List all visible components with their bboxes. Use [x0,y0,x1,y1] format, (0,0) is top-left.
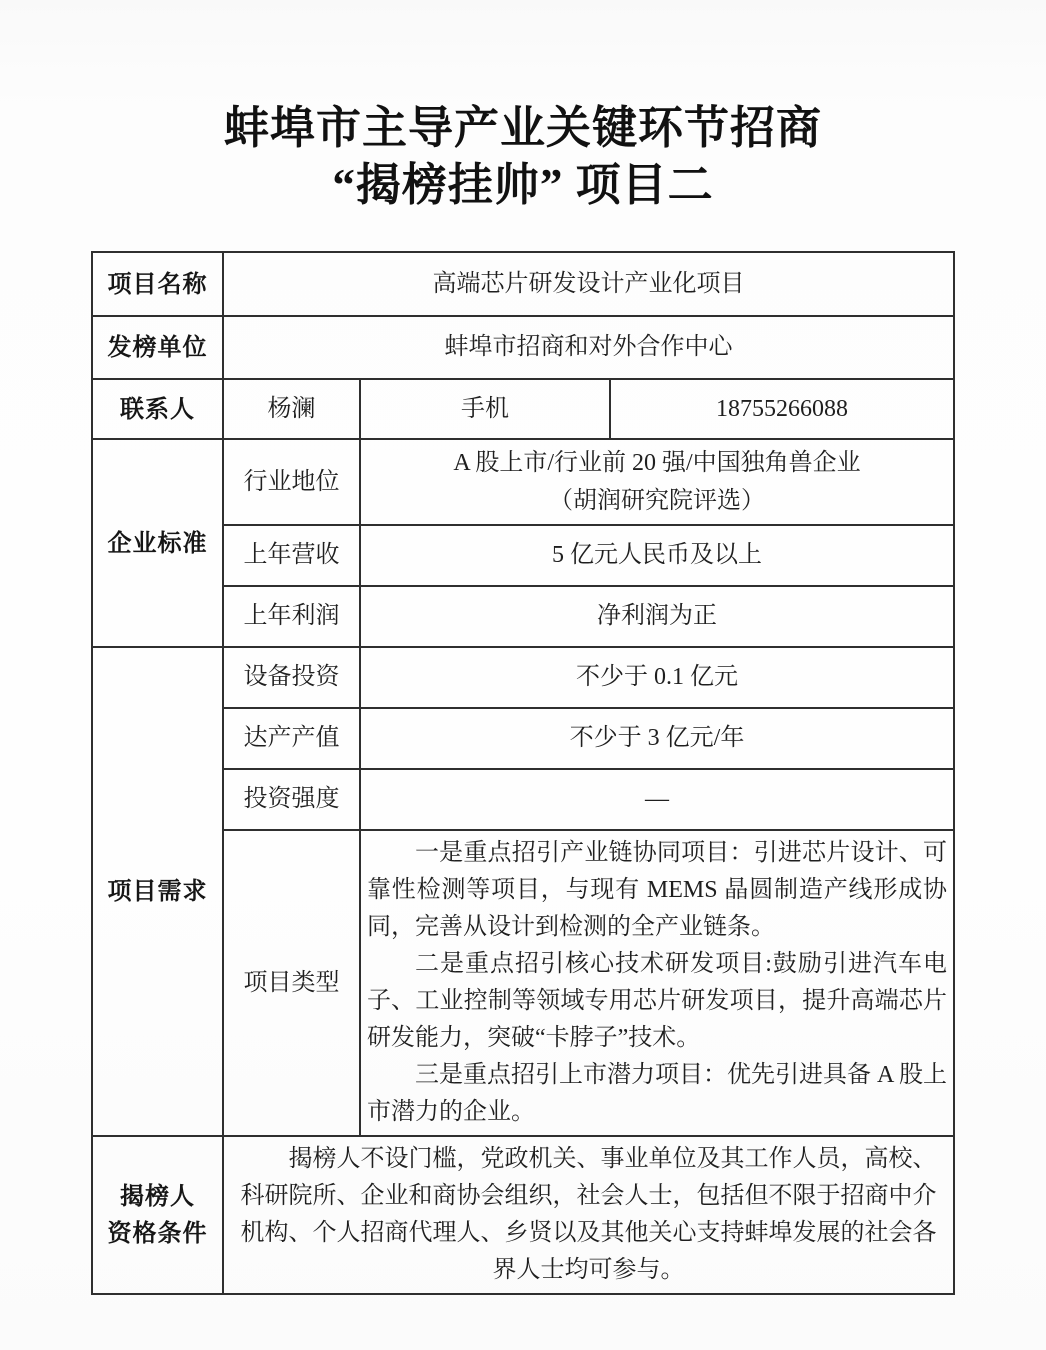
project-name-label: 项目名称 [92,252,223,316]
project-type-paragraph-2: 二是重点招引核心技术研发项目:鼓励引进汽车电子、工业控制等领域专用芯片研发项目，… [367,946,947,1057]
investment-intensity-label: 投资强度 [223,769,360,830]
profit-value: 净利润为正 [360,586,954,647]
output-value-value: 不少于 3 亿元/年 [360,708,954,769]
project-type-label: 项目类型 [223,830,360,1136]
contact-phone-label: 手机 [360,379,610,439]
row-contact: 联系人 杨澜 手机 18755266088 [92,379,954,439]
industry-position-value-line2: （胡润研究院评选） [367,482,947,520]
qualification-text: 揭榜人不设门槛，党政机关、事业单位及其工作人员，高校、科研院所、企业和商协会组织… [230,1141,947,1289]
revenue-value: 5 亿元人民币及以上 [360,525,954,586]
output-value-label: 达产产值 [223,708,360,769]
qualification-label: 揭榜人 资格条件 [92,1136,223,1294]
qualification-label-line1: 揭榜人 [99,1178,216,1215]
profit-label: 上年利润 [223,586,360,647]
document-page: 蚌埠市主导产业关键环节招商 “揭榜挂帅” 项目二 项目名称 高端芯片研发设计产业… [0,0,1046,1350]
contact-label: 联系人 [92,379,223,439]
contact-name: 杨澜 [223,379,360,439]
industry-position-value: A 股上市/行业前 20 强/中国独角兽企业 （胡润研究院评选） [360,439,954,525]
qualification-label-line2: 资格条件 [99,1215,216,1252]
row-industry-position: 企业标准 行业地位 A 股上市/行业前 20 强/中国独角兽企业 （胡润研究院评… [92,439,954,525]
enterprise-standard-label: 企业标准 [92,439,223,647]
page-title-line1: 蚌埠市主导产业关键环节招商 [0,100,1046,157]
contact-phone-number: 18755266088 [610,379,954,439]
investment-intensity-value: — [360,769,954,830]
project-name-value: 高端芯片研发设计产业化项目 [223,252,954,316]
issuing-unit-value: 蚌埠市招商和对外合作中心 [223,316,954,379]
revenue-label: 上年营收 [223,525,360,586]
project-demand-label: 项目需求 [92,647,223,1136]
qualification-text-cell: 揭榜人不设门槛，党政机关、事业单位及其工作人员，高校、科研院所、企业和商协会组织… [223,1136,954,1294]
equipment-investment-label: 设备投资 [223,647,360,708]
page-title: 蚌埠市主导产业关键环节招商 “揭榜挂帅” 项目二 [0,100,1046,214]
industry-position-value-line1: A 股上市/行业前 20 强/中国独角兽企业 [367,444,947,482]
project-type-value: 一是重点招引产业链协同项目：引进芯片设计、可靠性检测等项目，与现有 MEMS 晶… [360,830,954,1136]
row-qualification: 揭榜人 资格条件 揭榜人不设门槛，党政机关、事业单位及其工作人员，高校、科研院所… [92,1136,954,1294]
project-type-paragraph-1: 一是重点招引产业链协同项目：引进芯片设计、可靠性检测等项目，与现有 MEMS 晶… [367,835,947,946]
issuing-unit-label: 发榜单位 [92,316,223,379]
row-equipment-investment: 项目需求 设备投资 不少于 0.1 亿元 [92,647,954,708]
project-info-table: 项目名称 高端芯片研发设计产业化项目 发榜单位 蚌埠市招商和对外合作中心 联系人… [91,251,955,1295]
industry-position-label: 行业地位 [223,439,360,525]
row-issuing-unit: 发榜单位 蚌埠市招商和对外合作中心 [92,316,954,379]
project-type-paragraph-3: 三是重点招引上市潜力项目：优先引进具备 A 股上市潜力的企业。 [367,1057,947,1131]
row-project-name: 项目名称 高端芯片研发设计产业化项目 [92,252,954,316]
equipment-investment-value: 不少于 0.1 亿元 [360,647,954,708]
page-title-line2: “揭榜挂帅” 项目二 [0,157,1046,214]
